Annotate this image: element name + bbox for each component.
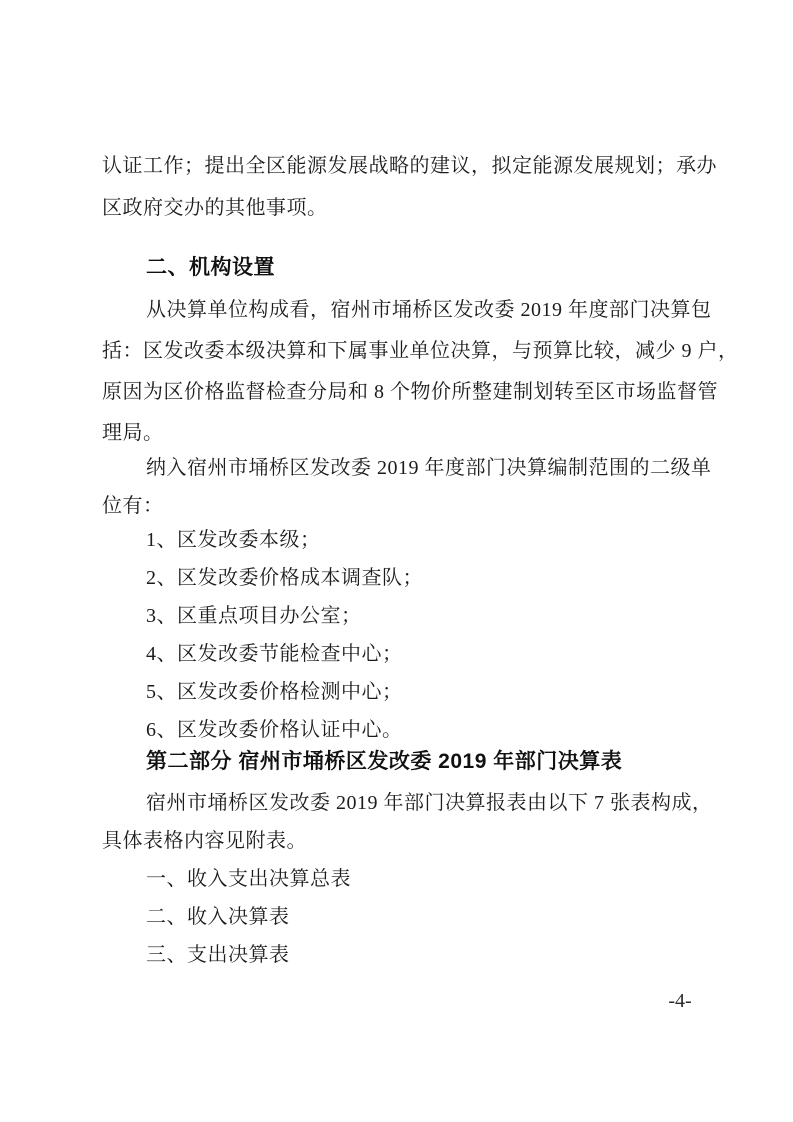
paragraph-duties-line-1: 认证工作；提出全区能源发展战略的建议，拟定能源发展规划；承办 — [102, 153, 717, 180]
paragraph-org-line-2: 括：区发改委本级决算和下属事业单位决算，与预算比较，减少 9 户， — [102, 338, 739, 365]
paragraph-tables-line-1: 宿州市埇桥区发改委 2019 年部门决算报表由以下 7 张表构成， — [146, 790, 713, 817]
section-heading-org-setup: 二、机构设置 — [146, 254, 275, 281]
table-list-item-3: 三、支出决算表 — [146, 942, 290, 969]
paragraph-org-line-4: 理局。 — [102, 420, 164, 447]
unit-list-item-5: 5、区发改委价格检测中心； — [146, 679, 403, 706]
paragraph-tables-line-2: 具体表格内容见附表。 — [102, 828, 307, 855]
paragraph-scope-line-1: 纳入宿州市埇桥区发改委 2019 年度部门决算编制范围的二级单 — [146, 455, 712, 482]
unit-list-item-6: 6、区发改委价格认证中心。 — [146, 717, 403, 744]
section-heading-part2: 第二部分 宿州市埇桥区发改委 2019 年部门决算表 — [146, 748, 622, 775]
table-list-item-1: 一、收入支出决算总表 — [146, 866, 351, 893]
paragraph-scope-line-2: 位有： — [102, 493, 164, 520]
paragraph-duties-line-2: 区政府交办的其他事项。 — [102, 195, 328, 222]
paragraph-org-line-3: 原因为区价格监督检查分局和 8 个物价所整建制划转至区市场监督管 — [102, 379, 718, 406]
unit-list-item-1: 1、区发改委本级； — [146, 527, 321, 554]
unit-list-item-2: 2、区发改委价格成本调查队； — [146, 565, 423, 592]
document-page: 认证工作；提出全区能源发展战略的建议，拟定能源发展规划；承办 区政府交办的其他事… — [0, 0, 793, 1122]
paragraph-org-line-1: 从决算单位构成看，宿州市埇桥区发改委 2019 年度部门决算包 — [146, 297, 712, 324]
page-number: -4- — [655, 990, 705, 1013]
table-list-item-2: 二、收入决算表 — [146, 904, 290, 931]
unit-list-item-3: 3、区重点项目办公室； — [146, 603, 362, 630]
unit-list-item-4: 4、区发改委节能检查中心； — [146, 641, 403, 668]
